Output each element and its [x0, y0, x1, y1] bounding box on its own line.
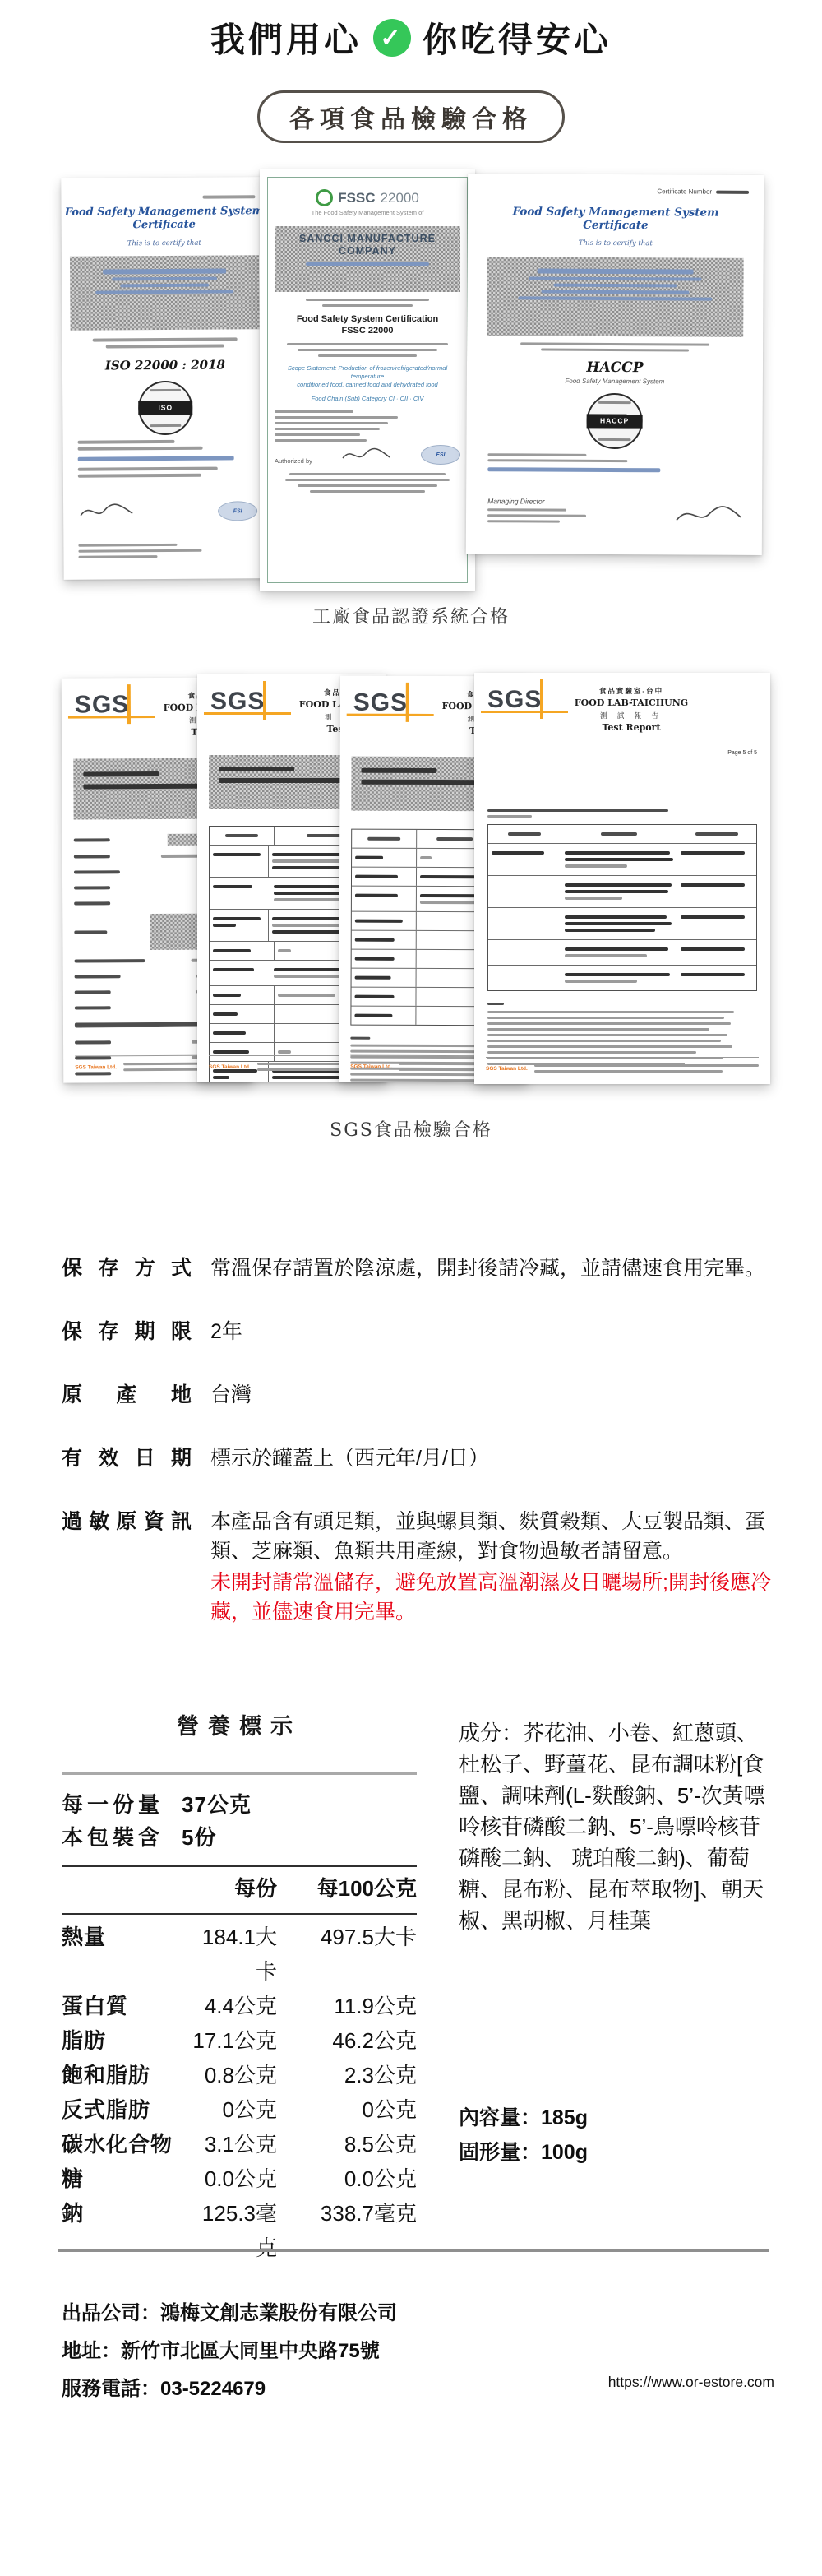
cert3-title-line1: Food Safety Management System — [468, 205, 764, 220]
nutrition-label: 營養標示 每一份量 37公克 本包裝含 5份 每份 每100公克 熱量 184.… — [62, 1712, 417, 2265]
info-value: 標示於罐蓋上（西元年/月/日） — [210, 1443, 489, 1473]
company-footer: 出品公司：鴻梅文創志業股份有限公司 地址：新竹市北區大同里中央路75號 服務電話… — [62, 2295, 774, 2408]
redacted-company-block — [70, 255, 260, 331]
redacted-audit-lines — [62, 337, 268, 349]
check-glyph: ✓ — [380, 24, 404, 53]
servings-per-pack-value: 5份 — [182, 1821, 216, 1854]
ingredients-text: 成分：芥花油、小卷、紅蔥頭、杜松子、野薑花、昆布調味粉[食鹽、調味劑(L-麩酸鈉… — [459, 1717, 773, 1936]
col-header-per-100g: 每100公克 — [277, 1872, 417, 1905]
redacted-detail-lines — [275, 410, 460, 442]
certificate-haccp: Certificate Number Food Safety Managemen… — [466, 174, 764, 555]
haccp-seal-text: HACCP — [587, 414, 643, 428]
sgs-logo-text: SGS — [353, 689, 408, 716]
info-row-expiry: 有效日期 標示於罐蓋上（西元年/月/日） — [62, 1443, 773, 1473]
footer-website-link[interactable]: https://www.or-estore.com — [608, 2374, 774, 2391]
servings-per-pack-row: 本包裝含 5份 — [62, 1821, 417, 1854]
sgs-lab-header: 食品實驗室-台中 FOOD LAB-TAICHUNG 測 試 報 告 Test … — [553, 686, 709, 733]
cert1-title-line2: Certificate — [62, 218, 267, 233]
ingredients-section: 成分：芥花油、小卷、紅蔥頭、杜松子、野薑花、昆布調味粉[食鹽、調味劑(L-麩酸鈉… — [459, 1717, 773, 2170]
sgs-report-4: SGS 食品實驗室-台中 FOOD LAB-TAICHUNG 測 試 報 告 T… — [474, 673, 770, 1084]
allergen-text: 本產品含有頭足類，並與螺貝類、麩質穀類、大豆製品類、蛋類、芝麻類、魚類共用產線，… — [210, 1507, 773, 1627]
footer-address: 地址：新竹市北區大同里中央路75號 — [62, 2333, 774, 2370]
nutrition-row-trans-fat: 反式脂肪 0公克 0公克 — [62, 2092, 417, 2127]
fssc-logo-sub: The Food Safety Management System of — [275, 209, 460, 216]
nutrition-row-calories: 熱量 184.1大卡 497.5大卡 — [62, 1920, 417, 1989]
sgs-logo: SGS — [487, 686, 542, 714]
cert2-company-line1: SANCCI MANUFACTURE — [275, 233, 460, 245]
redacted-registration-lines — [487, 453, 762, 473]
fsi-logo-text: FSI — [233, 508, 242, 514]
cert2-scope: Scope Statement: Production of frozen/re… — [275, 364, 460, 389]
cert1-title-line1: Food Safety Management System — [62, 205, 267, 220]
divider — [62, 1772, 417, 1775]
cert3-standard-sub: Food Safety Management System — [467, 377, 763, 386]
cert-row-caption: 工廠食品認證系統合格 — [0, 603, 822, 628]
cert3-certify-line: This is to certify that — [468, 239, 764, 248]
check-seal-icon: ✓ — [373, 19, 411, 57]
allergen-text-red: 未開封請常溫儲存，避免放置高溫潮濕及日曬場所;開封後應冷藏，並儘速食用完畢。 — [210, 1568, 773, 1627]
cert2-category-line: Food Chain (Sub) Category CI · CII · CIV — [275, 395, 460, 402]
signature-icon — [673, 502, 744, 526]
cert1-signature-row: FSI — [78, 499, 257, 522]
nutrition-title: 營養標示 — [62, 1712, 417, 1740]
fsi-logo: FSI — [421, 445, 460, 465]
signature-icon — [78, 500, 136, 521]
nutrition-row-carbohydrate: 碳水化合物 3.1公克 8.5公克 — [62, 2127, 417, 2161]
signature-icon — [340, 445, 393, 465]
redacted-cert-number — [716, 190, 749, 193]
inspection-badge: 各項食品檢驗合格 — [257, 90, 565, 143]
serving-size-value: 37公克 — [182, 1788, 252, 1821]
redacted-audit-lines — [467, 342, 763, 352]
net-weight: 內容量：185g — [459, 2101, 773, 2135]
title-left: 我們用心 — [210, 13, 362, 63]
info-value: 台灣 — [210, 1380, 252, 1410]
redacted-registration-lines — [78, 439, 269, 478]
redacted-company-block — [487, 257, 743, 337]
info-row-shelf-life: 保存期限 2年 — [62, 1317, 773, 1346]
cert2-title-text: Food Safety System Certification — [275, 313, 460, 325]
product-detail-page: 我們用心 ✓ 你吃得安心 各項食品檢驗合格 Food Safety Manage… — [0, 0, 822, 2576]
cert1-standard: ISO 22000 : 2018 — [62, 357, 268, 373]
info-row-origin: 原產地 台灣 — [62, 1380, 773, 1410]
cert2-cert-title: Food Safety System Certification FSSC 22… — [275, 313, 460, 336]
allergen-text-black: 本產品含有頭足類，並與螺貝類、麩質穀類、大豆製品類、蛋類、芝麻類、魚類共用產線，… — [210, 1507, 773, 1566]
info-label: 過敏原資訊 — [62, 1507, 192, 1627]
fsi-logo: FSI — [218, 501, 257, 521]
serving-size-row: 每一份量 37公克 — [62, 1788, 417, 1821]
sgs-footer: SGS Taiwan Ltd. — [486, 1057, 759, 1076]
redacted-cert-number — [202, 192, 255, 202]
info-row-storage: 保存方式 常溫保存請置於陰涼處，開封後請冷藏，並請儘速食用完畢。 — [62, 1253, 773, 1283]
cert3-standard: HACCP — [467, 359, 763, 377]
cert2-company-line2: COMPANY — [275, 245, 460, 257]
cert3-title: Food Safety Management System Certificat… — [468, 205, 764, 233]
sgs-page-number: Page 5 of 5 — [727, 750, 757, 756]
iso-seal: ISO — [138, 381, 192, 435]
redacted-sample-line — [487, 809, 757, 818]
fssc-ring-icon — [316, 189, 333, 206]
cert3-number-row: Certificate Number — [657, 188, 749, 196]
cert3-signoff-label: Managing Director — [487, 497, 586, 506]
fssc-logo: FSSC 22000 — [275, 189, 460, 206]
col-header-per-serving: 每份 — [185, 1872, 277, 1905]
info-row-allergen: 過敏原資訊 本產品含有頭足類，並與螺貝類、麩質穀類、大豆製品類、蛋類、芝麻類、魚… — [62, 1507, 773, 1627]
cert2-scope-line2: conditioned food, canned food and dehydr… — [275, 381, 460, 389]
sgs-logo: SGS — [353, 689, 408, 717]
serving-size-label: 每一份量 — [62, 1788, 164, 1821]
page-title: 我們用心 ✓ 你吃得安心 — [0, 13, 822, 63]
cert3-signature-row: Managing Director — [487, 497, 744, 527]
product-info-section: 保存方式 常溫保存請置於陰涼處，開封後請冷藏，並請儘速食用完畢。 保存期限 2年… — [62, 1253, 773, 1661]
divider — [62, 1865, 417, 1867]
sgs-result-table — [487, 824, 757, 991]
nutrition-row-fat: 脂肪 17.1公克 46.2公克 — [62, 2023, 417, 2058]
cert2-scope-line1: Scope Statement: Production of frozen/re… — [275, 364, 460, 381]
nutrition-header-row: 每份 每100公克 — [62, 1872, 417, 1905]
cert-number-label: Certificate Number — [657, 188, 712, 195]
nutrition-row-saturated-fat: 飽和脂肪 0.8公克 2.3公克 — [62, 2058, 417, 2092]
nutrition-row-sodium: 鈉 125.3毫克 338.7毫克 — [62, 2196, 417, 2265]
redacted-footer-lines — [78, 540, 201, 562]
sgs-row-caption: SGS食品檢驗合格 — [0, 1116, 822, 1142]
info-label: 保存方式 — [62, 1253, 192, 1283]
fssc-logo-name: FSSC — [338, 190, 375, 206]
drained-weight: 固形量：100g — [459, 2135, 773, 2170]
fsi-logo-text: FSI — [436, 452, 446, 458]
cert1-certify-line: This is to certify that — [62, 239, 267, 248]
content-amounts: 內容量：185g 固形量：100g — [459, 2101, 773, 2170]
redacted-issuer-lines — [275, 473, 460, 493]
servings-per-pack-label: 本包裝含 — [62, 1821, 164, 1854]
sgs-logo-text: SGS — [210, 688, 265, 715]
info-label: 保存期限 — [62, 1317, 192, 1346]
nutrition-row-sugar: 糖 0.0公克 0.0公克 — [62, 2161, 417, 2196]
info-label: 原產地 — [62, 1380, 192, 1410]
cert1-title: Food Safety Management System Certificat… — [62, 205, 267, 233]
cert2-standard: FSSC 22000 — [275, 325, 460, 336]
redacted-remarks-block — [487, 1003, 757, 1065]
cert2-signature-row: Authorized by FSI — [275, 445, 460, 465]
haccp-seal: HACCP — [586, 393, 642, 449]
certificate-fssc22000: FSSC 22000 The Food Safety Management Sy… — [260, 169, 475, 591]
sgs-logo-text: SGS — [487, 686, 542, 713]
title-right: 你吃得安心 — [423, 13, 612, 63]
info-value: 常溫保存請置於陰涼處，開封後請冷藏，並請儘速食用完畢。 — [210, 1253, 765, 1283]
sgs-logo: SGS — [210, 688, 265, 716]
sgs-logo: SGS — [75, 691, 130, 719]
redacted-assessment-lines — [275, 299, 460, 307]
info-value: 2年 — [210, 1317, 242, 1346]
footer-company: 出品公司：鴻梅文創志業股份有限公司 — [62, 2295, 774, 2333]
redacted-company-block: SANCCI MANUFACTURE COMPANY — [275, 226, 460, 292]
cert2-authorized-label: Authorized by — [275, 457, 312, 465]
info-label: 有效日期 — [62, 1443, 192, 1473]
iso-seal-text: ISO — [138, 401, 192, 415]
divider — [58, 2249, 769, 2252]
badge-wrap: 各項食品檢驗合格 — [0, 90, 822, 143]
redacted-scheme-lines — [275, 343, 460, 357]
sgs-logo-text: SGS — [75, 691, 130, 718]
nutrition-row-protein: 蛋白質 4.4公克 11.9公克 — [62, 1989, 417, 2023]
fssc-logo-number: 22000 — [381, 190, 419, 206]
cert3-title-line2: Certificate — [468, 218, 764, 233]
certificate-iso22000: Food Safety Management System Certificat… — [61, 177, 269, 580]
divider — [62, 1913, 417, 1915]
